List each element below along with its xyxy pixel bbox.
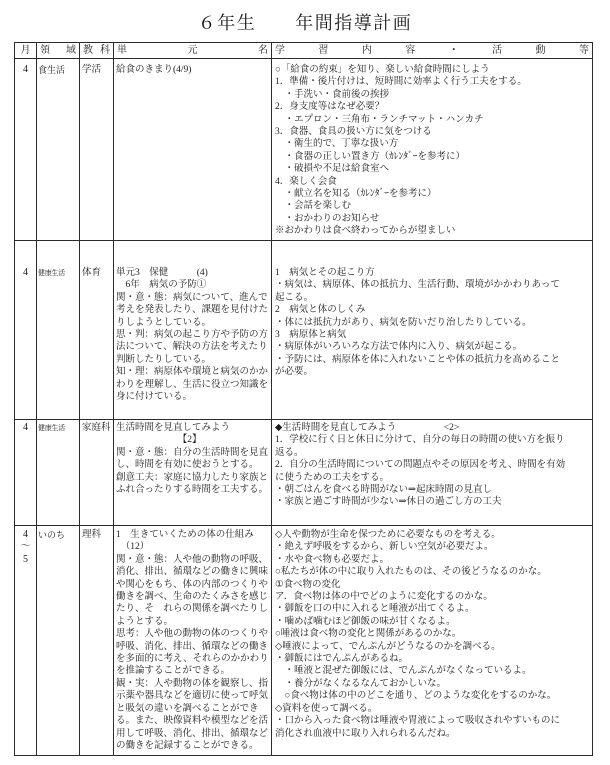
header-domain: 領域: [37, 43, 80, 59]
domain-cell: 健康生活: [37, 420, 80, 526]
domain-cell: いのち: [37, 526, 80, 756]
header-subject: 教科: [80, 43, 114, 59]
annual-plan-table: 月 領域 教科 単元名 学習内容・活動等 4 食生活 学活 給食のきまり(4/9…: [14, 42, 593, 756]
learning-content-cell: ◆生活時間を見直してみよう <2> 1．学校に行く日と休日に分けて、自分の毎日の…: [272, 420, 593, 526]
domain-cell: 食生活: [37, 59, 80, 241]
unit-name-cell: 給食のきまり(4/9): [114, 59, 272, 241]
header-unit-name: 単元名: [114, 43, 272, 59]
unit-name-cell: 1 生きていくための体の仕組み （12） 関・意・態：人や他の動物の呼吸、 消化…: [114, 526, 272, 756]
table-row-health-pe: 4 健康生活 体育 単元3 保健 (4) 6年 病気の予防① 関・意・態：病気に…: [15, 241, 593, 420]
document-page: ６年生 年間指導計画 月 領域 教科 単元名 学習内容・活動等 4 食生活 学活…: [0, 9, 610, 756]
subject-cell: 家庭科: [80, 420, 114, 526]
table-row-school-lunch: 4 食生活 学活 給食のきまり(4/9) ○「給食の約束」を知り、楽しい給食時間…: [15, 59, 593, 241]
learning-content-cell: 1 病気とその起こり方 ・病気は、病原体、体の抵抗力、生活行動、環境がかかわりあ…: [272, 241, 593, 420]
unit-name-cell: 単元3 保健 (4) 6年 病気の予防① 関・意・態：病気について、進んで 考え…: [114, 241, 272, 420]
subject-cell: 理科: [80, 526, 114, 756]
month-cell: 4: [15, 241, 37, 420]
unit-name-cell: 生活時間を見直してみよう 【2】 関・意・態：自分の生活時間を見直 し、時間を有…: [114, 420, 272, 526]
subject-cell: 体育: [80, 241, 114, 420]
month-cell: 4: [15, 420, 37, 526]
domain-cell: 健康生活: [37, 241, 80, 420]
page-title: ６年生 年間指導計画: [0, 9, 610, 35]
header-learning-content: 学習内容・活動等: [272, 43, 593, 59]
table-row-science: 4 〜 5 いのち 理科 1 生きていくための体の仕組み （12） 関・意・態：…: [15, 526, 593, 756]
header-month: 月: [15, 43, 37, 59]
subject-cell: 学活: [80, 59, 114, 241]
month-cell: 4: [15, 59, 37, 241]
table-header-row: 月 領域 教科 単元名 学習内容・活動等: [15, 43, 593, 59]
month-cell: 4 〜 5: [15, 526, 37, 756]
table-row-home-economics: 4 健康生活 家庭科 生活時間を見直してみよう 【2】 関・意・態：自分の生活時…: [15, 420, 593, 526]
learning-content-cell: ○「給食の約束」を知り、楽しい給食時間にしよう 1．準備・後片付けは、短時間に効…: [272, 59, 593, 241]
learning-content-cell: ◇人や動物が生命を保つために必要なものを考える。 ・絶えず呼吸をするから、新しい…: [272, 526, 593, 756]
